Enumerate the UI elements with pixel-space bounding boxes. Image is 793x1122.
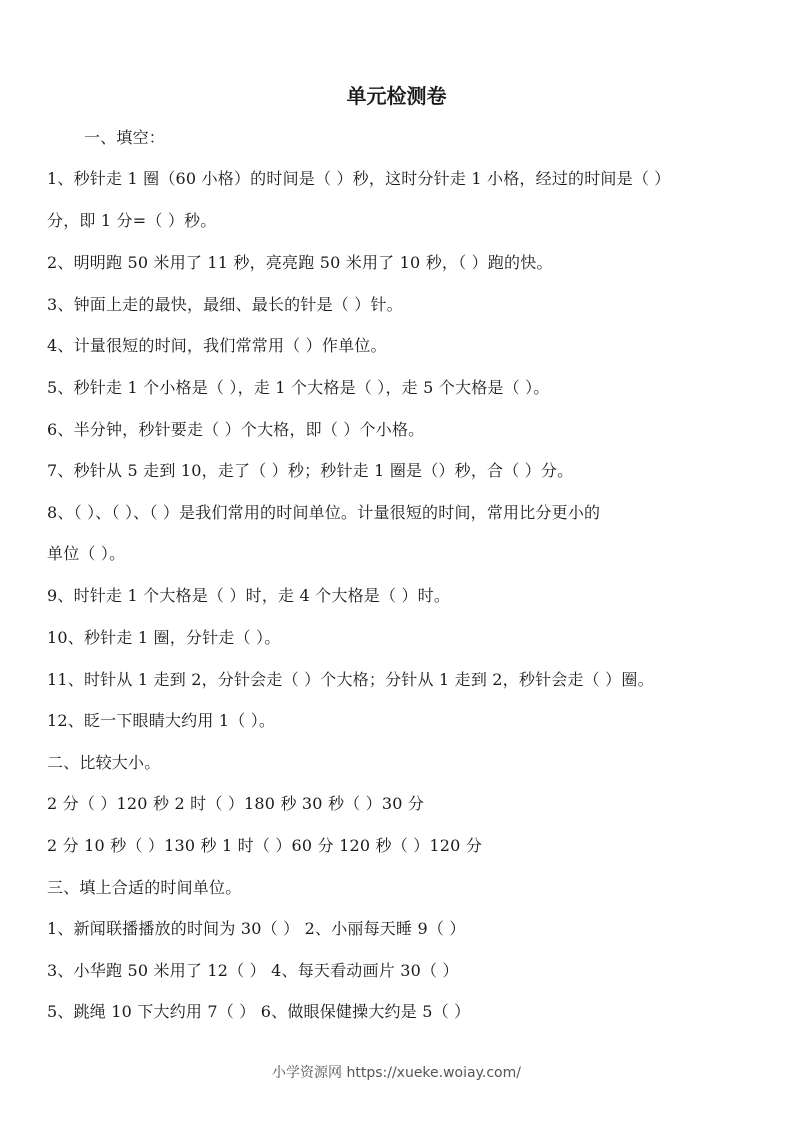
question-8a: 8、（ ）、（ ）、（ ）是我们常用的时间单位。计量很短的时间，常用比分更小的 (47, 500, 600, 523)
question-3: 3、钟面上走的最快，最细、最长的针是（ ）针。 (47, 292, 403, 315)
question-6: 6、半分钟，秒针要走（ ）个大格，即（ ）个小格。 (47, 417, 424, 440)
unit-row-3: 5、跳绳 10 下大约用 7（ ） 6、做眼保健操大约是 5（ ） (47, 999, 470, 1022)
section-3-heading: 三、填上合适的时间单位。 (47, 875, 241, 898)
section-2-heading: 二、比较大小。 (47, 750, 160, 773)
question-2: 2、明明跑 50 米用了 11 秒，亮亮跑 50 米用了 10 秒，（ ）跑的快… (47, 250, 553, 273)
question-7: 7、秒针从 5 走到 10，走了（ ）秒；秒针走 1 圈是（）秒，合（ ）分。 (47, 458, 573, 481)
compare-row-2: 2 分 10 秒（ ）130 秒 1 时（ ）60 分 120 秒（ ）120 … (47, 833, 482, 856)
page-title: 单元检测卷 (0, 80, 793, 109)
question-5: 5、秒针走 1 个小格是（ ），走 1 个大格是（ ），走 5 个大格是（ ）。 (47, 375, 550, 398)
question-1a: 1、秒针走 1 圈（60 小格）的时间是（ ）秒，这时分针走 1 小格，经过的时… (47, 166, 671, 189)
question-12: 12、眨一下眼睛大约用 1（ ）。 (47, 708, 275, 731)
question-4: 4、计量很短的时间，我们常常用（ ）作单位。 (47, 333, 387, 356)
question-10: 10、秒针走 1 圈，分针走（ ）。 (47, 625, 280, 648)
question-1b: 分，即 1 分=（ ）秒。 (47, 208, 216, 231)
question-8b: 单位（ ）。 (47, 541, 125, 564)
question-9: 9、时针走 1 个大格是（ ）时，走 4 个大格是（ ）时。 (47, 583, 450, 606)
compare-row-1: 2 分（ ）120 秒 2 时（ ）180 秒 30 秒（ ）30 分 (47, 791, 424, 814)
section-1-heading: 一、填空： (84, 125, 165, 148)
question-11: 11、时针从 1 走到 2，分针会走（ ）个大格；分针从 1 走到 2，秒针会走… (47, 667, 654, 690)
footer-watermark: 小学资源网 https://xueke.woiay.com/ (0, 1062, 793, 1082)
unit-row-2: 3、小华跑 50 米用了 12（ ） 4、每天看动画片 30（ ） (47, 958, 459, 981)
unit-row-1: 1、新闻联播播放的时间为 30（ ） 2、小丽每天睡 9（ ） (47, 916, 466, 939)
